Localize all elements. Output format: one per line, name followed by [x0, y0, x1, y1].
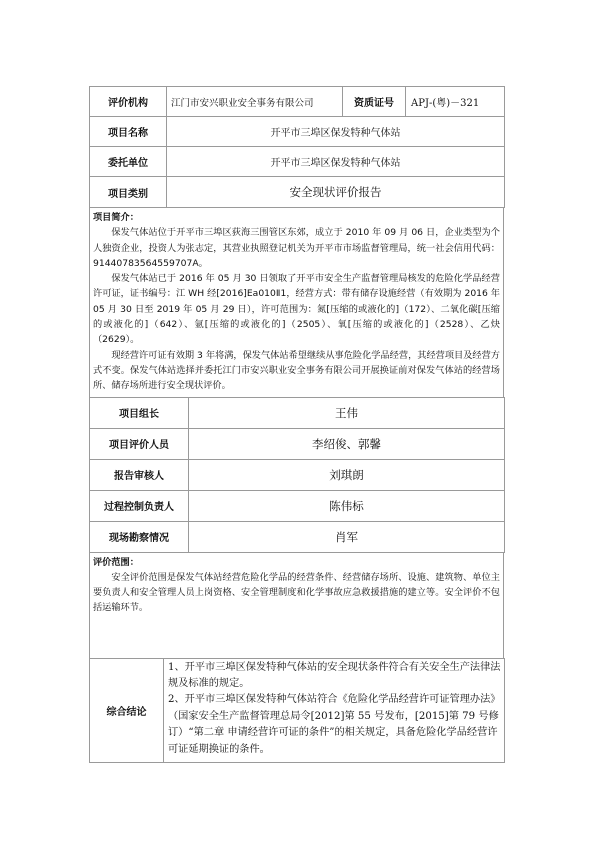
row-evaluation-org: 评价机构 江门市安兴职业安全事务有限公司 资质证号 APJ-(粤)－321: [90, 87, 505, 117]
row-team-leader: 项目组长 王伟: [90, 397, 505, 428]
conclusion-content: 1、开平市三埠区保发特种气体站的安全现状条件符合有关安全生产法律法规及标准的规定…: [164, 658, 505, 762]
reviewer-value: 刘琪朗: [189, 459, 505, 490]
row-reviewer: 报告审核人 刘琪朗: [90, 459, 505, 490]
team-leader-label: 项目组长: [90, 397, 189, 428]
intro-heading: 项目简介：: [93, 210, 500, 225]
scope-heading: 评价范围：: [93, 555, 500, 570]
site-survey-label: 现场勘察情况: [90, 521, 189, 552]
evaluation-summary-page: 评价机构 江门市安兴职业安全事务有限公司 资质证号 APJ-(粤)－321 项目…: [89, 86, 504, 763]
scope-text: 安全评价范围是保发气体站经营危险化学品的经营条件、经营储存场所、设施、建筑物、单…: [93, 570, 500, 616]
row-process-control: 过程控制负责人 陈伟标: [90, 490, 505, 521]
project-name-label: 项目名称: [90, 117, 167, 147]
org-value: 江门市安兴职业安全事务有限公司: [167, 87, 343, 117]
category-label: 项目类别: [90, 177, 167, 208]
process-control-label: 过程控制负责人: [90, 490, 189, 521]
conclusion-item-2: 2、开平市三埠区保发特种气体站符合《危险化学品经营许可证管理办法》（国家安全生产…: [168, 692, 501, 758]
row-conclusion: 综合结论 1、开平市三埠区保发特种气体站的安全现状条件符合有关安全生产法律法规及…: [90, 658, 505, 762]
cert-label: 资质证号: [343, 87, 406, 117]
intro-paragraph-3: 现经营许可证有效期 3 年将满，保发气体站希望继续从事危险化学品经营，其经营项目…: [93, 348, 500, 394]
scope-table: 评价范围： 安全评价范围是保发气体站经营危险化学品的经营条件、经营储存场所、设施…: [89, 552, 504, 659]
intro-paragraph-1: 保发气体站位于开平市三埠区荻海三围管区东郊，成立于 2010 年 09 月 06…: [93, 225, 500, 271]
conclusion-item-1: 1、开平市三埠区保发特种气体站的安全现状条件符合有关安全生产法律法规及标准的规定…: [168, 660, 501, 693]
category-value: 安全现状评价报告: [167, 177, 505, 208]
intro-paragraph-2: 保发气体站已于 2016 年 05 月 30 日领取了开平市安全生产监督管理局核…: [93, 271, 500, 347]
row-scope: 评价范围： 安全评价范围是保发气体站经营危险化学品的经营条件、经营储存场所、设施…: [90, 552, 504, 658]
project-name-value: 开平市三埠区保发特种气体站: [167, 117, 505, 147]
client-value: 开平市三埠区保发特种气体站: [167, 147, 505, 177]
row-client: 委托单位 开平市三埠区保发特种气体站: [90, 147, 505, 177]
intro-table: 项目简介： 保发气体站位于开平市三埠区荻海三围管区东郊，成立于 2010 年 0…: [89, 207, 504, 398]
conclusion-table: 综合结论 1、开平市三埠区保发特种气体站的安全现状条件符合有关安全生产法律法规及…: [89, 658, 505, 763]
scope-section: 评价范围： 安全评价范围是保发气体站经营危险化学品的经营条件、经营储存场所、设施…: [90, 552, 504, 658]
cert-value: APJ-(粤)－321: [406, 87, 505, 117]
conclusion-label: 综合结论: [90, 658, 164, 762]
process-control-value: 陈伟标: [189, 490, 505, 521]
row-evaluators: 项目评价人员 李绍俊、郭馨: [90, 428, 505, 459]
row-project-name: 项目名称 开平市三埠区保发特种气体站: [90, 117, 505, 147]
client-label: 委托单位: [90, 147, 167, 177]
row-category: 项目类别 安全现状评价报告: [90, 177, 505, 208]
evaluators-label: 项目评价人员: [90, 428, 189, 459]
personnel-table: 项目组长 王伟 项目评价人员 李绍俊、郭馨 报告审核人 刘琪朗 过程控制负责人 …: [89, 397, 505, 553]
reviewer-label: 报告审核人: [90, 459, 189, 490]
row-intro: 项目简介： 保发气体站位于开平市三埠区荻海三围管区东郊，成立于 2010 年 0…: [90, 208, 504, 398]
org-label: 评价机构: [90, 87, 167, 117]
header-table: 评价机构 江门市安兴职业安全事务有限公司 资质证号 APJ-(粤)－321 项目…: [89, 86, 505, 208]
evaluators-value: 李绍俊、郭馨: [189, 428, 505, 459]
row-site-survey: 现场勘察情况 肖军: [90, 521, 505, 552]
intro-section: 项目简介： 保发气体站位于开平市三埠区荻海三围管区东郊，成立于 2010 年 0…: [90, 208, 504, 398]
site-survey-value: 肖军: [189, 521, 505, 552]
team-leader-value: 王伟: [189, 397, 505, 428]
